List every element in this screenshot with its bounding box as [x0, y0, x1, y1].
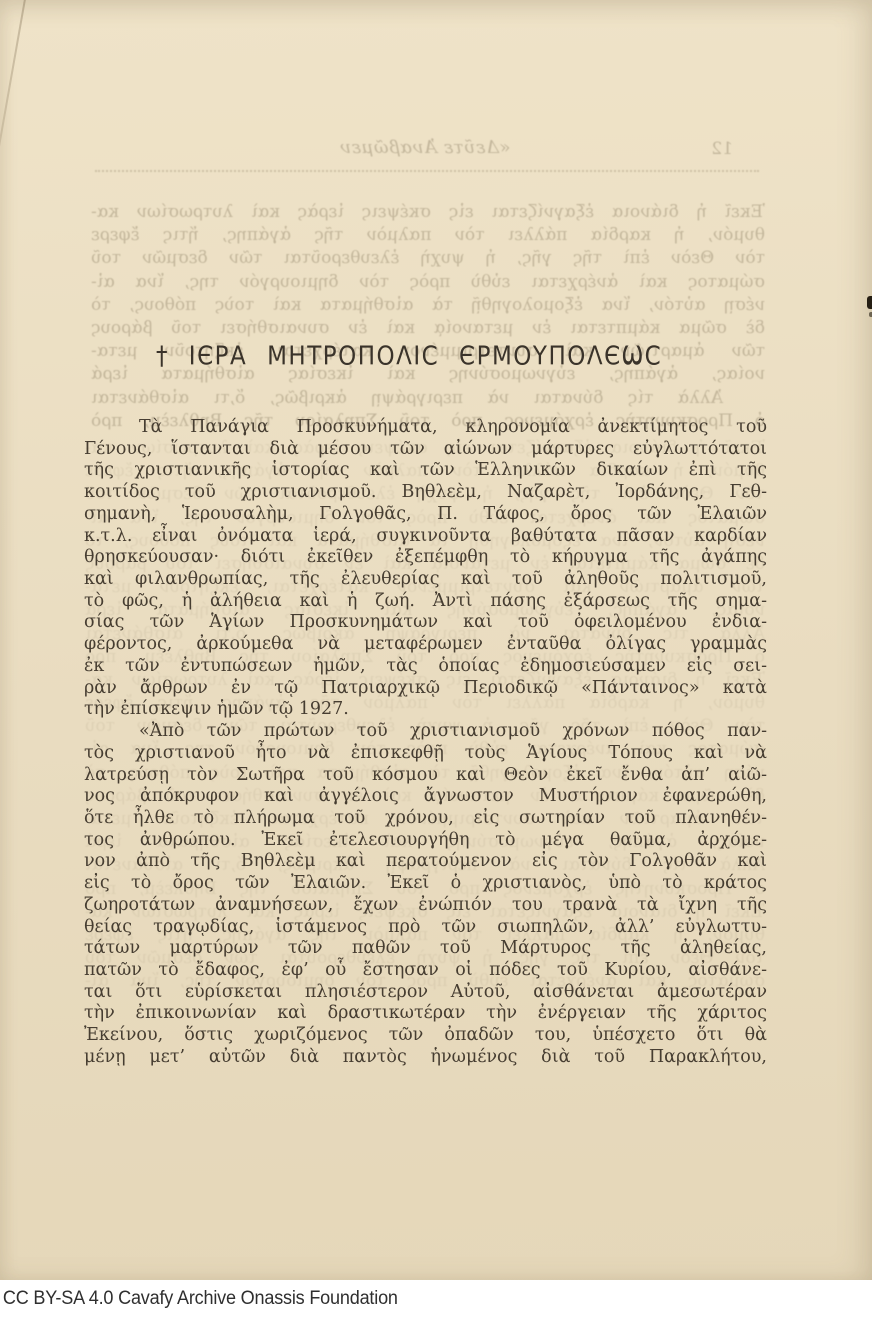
text-line: μένῃ μετ’ αὐτῶν διὰ παντὸς ἡνωμένος διὰ …: [84, 1047, 767, 1069]
text-line: σίας τῶν Ἁγίων Προσκυνημάτων καὶ τοῦ ὀφε…: [84, 612, 767, 634]
bleedthrough-rule: [95, 170, 759, 172]
text-line: ὅτε ἦλθε τὸ πλήρωμα τοῦ χρόνου, εἰς σωτη…: [84, 808, 767, 830]
scanned-page: 12 «Δεῦτε Ἀναβῶμεν Ἐκεῖ ἡ διάνοια ἐξαγνί…: [0, 0, 872, 1318]
text-line: τὸς χριστιανοῦ ἦτο νὰ ἐπισκεφθῇ τοὺς Ἁγί…: [84, 743, 767, 765]
text-line: ἐκ τῶν ἐντυπώσεων ἡμῶν, τὰς ὁποίας ἐδημο…: [84, 656, 767, 678]
body-text: Τὰ Πανάγια Προσκυνήματα, κληρονομία ἀνεκ…: [84, 417, 767, 1069]
text-line: τάτων μαρτύρων τῶν παθῶν τοῦ Μάρτυρος τῆ…: [84, 938, 767, 960]
text-line: ται ὅτι εὑρίσκεται πλησιέστερον Αὐτοῦ, α…: [84, 982, 767, 1004]
ink-speck: [867, 296, 872, 309]
text-line: φέροντος, ἀρκούμεθα νὰ μεταφέρωμεν ἐνταῦ…: [84, 634, 767, 656]
text-line: νον ἀπὸ τῆς Βηθλεὲμ καὶ περατούμενον εἰς…: [84, 851, 767, 873]
text-line: Ἐκείνου, ὅστις χωριζόμενος τῶν ὀπαδῶν το…: [84, 1025, 767, 1047]
text-line: καὶ φιλανθρωπίας, τῆς ἐλευθερίας καὶ τοῦ…: [84, 569, 767, 591]
section-heading: † ΙЄΡΑ ΜΗΤΡΟΠΟΛΙϹ ЄΡΜΟΥΠΟΛЄѠϹ: [156, 342, 662, 371]
paper-background: 12 «Δεῦτε Ἀναβῶμεν Ἐκεῖ ἡ διάνοια ἐξαγνί…: [0, 0, 872, 1280]
text-line: εἰς τὸ ὄρος τῶν Ἐλαιῶν. Ἐκεῖ ὁ χριστιανὸ…: [84, 873, 767, 895]
text-line: νέσῃ αὐτόν, ἵνα ἐξομολογηθῇ τὰ αἰσθήματα…: [91, 294, 765, 317]
text-line: τὸ φῶς, ἡ ἀλήθεια καὶ ἡ ζωή. Ἀντὶ πάσης …: [84, 591, 767, 613]
text-line: σημανὴ, Ἱερουσαλὴμ, Γολγοθᾶς, Π. Τάφος, …: [84, 504, 767, 526]
paper-crease: [0, 0, 29, 366]
text-line: Τὰ Πανάγια Προσκυνήματα, κληρονομία ἀνεκ…: [84, 417, 767, 439]
text-line: ζωηροτάτων ἀναμνήσεων, ἔχων ἐνώπιόν του …: [84, 895, 767, 917]
text-line: Ἀλλὰ τίς δύναται νὰ περιγράψῃ ἀκριβῶς, ὅ…: [91, 387, 765, 410]
text-line: τὸν Θεὸν ἐπὶ τῆς γῆς, ἡ ψυχὴ ἐλευθεροῦτα…: [91, 247, 765, 270]
license-caption-text: CC BY-SA 4.0 Cavafy Archive Onassis Foun…: [0, 1288, 398, 1310]
text-line: ρὰν ἄρθρων ἐν τῷ Πατριαρχικῷ Περιοδικῷ «…: [84, 678, 767, 700]
text-line: σώματος καὶ ἀνέρχεται εὐθὺ πρὸς τὸν δημι…: [91, 271, 765, 294]
text-line: κ.τ.λ. εἶναι ὀνόματα ἱερά, συγκινοῦντα β…: [84, 526, 767, 548]
bleed-lines: Ἐκεῖ ἡ διάνοια ἐξαγνίζεται εἰς σκέψεις ἱ…: [91, 201, 765, 433]
text-line: τος ἀνθρώπου. Ἐκεῖ ἐτελεσιουργήθη τὸ μέγ…: [84, 830, 767, 852]
text-line: θείας τραγῳδίας, ἱστάμενος πρὸ τῶν σιωπη…: [84, 917, 767, 939]
text-line: Ἐκεῖ ἡ διάνοια ἐξαγνίζεται εἰς σκέψεις ἱ…: [91, 201, 765, 224]
text-line: θυμόν, ἡ καρδία πάλλει τὸν παλμὸν τῆς ἀγ…: [91, 224, 765, 247]
text-line: κοιτίδος τοῦ χριστιανισμοῦ. Βηθλεὲμ, Ναζ…: [84, 482, 767, 504]
text-line: «Ἀπὸ τῶν πρώτων τοῦ χριστιανισμοῦ χρόνων…: [84, 721, 767, 743]
text-line: νος ἀπόκρυφον καὶ ἀγγέλοις ἄγνωστον Μυστ…: [84, 786, 767, 808]
text-line: λατρεύσῃ τὸν Σωτῆρα τοῦ κόσμου καὶ Θεὸν …: [84, 765, 767, 787]
text-line: τὴν ἐπικοινωνίαν καὶ δραστικωτέραν τὴν ἐ…: [84, 1003, 767, 1025]
text-line: θρησκεύουσαν· διότι ἐκεῖθεν ἐξεπέμφθη τὸ…: [84, 547, 767, 569]
text-line: Γένους, ἵστανται διὰ μέσου τῶν αἰώνων μά…: [84, 439, 767, 461]
text-line: τῆς χριστιανικῆς ἱστορίας καὶ τῶν Ἑλληνι…: [84, 460, 767, 482]
text-line: πατῶν τὸ ἔδαφος, ἐφ’ οὗ ἔστησαν οἱ πόδες…: [84, 960, 767, 982]
text-line: δὲ σῶμα κάμπτεται ἐν μετανοίᾳ καὶ ἐν συν…: [91, 317, 765, 340]
bleedthrough-running-title: «Δεῦτε Ἀναβῶμεν: [85, 137, 765, 158]
license-caption-bar: CC BY-SA 4.0 Cavafy Archive Onassis Foun…: [0, 1280, 872, 1318]
text-line: τὴν ἐπίσκεψιν ἡμῶν τῷ 1927.: [84, 699, 767, 721]
